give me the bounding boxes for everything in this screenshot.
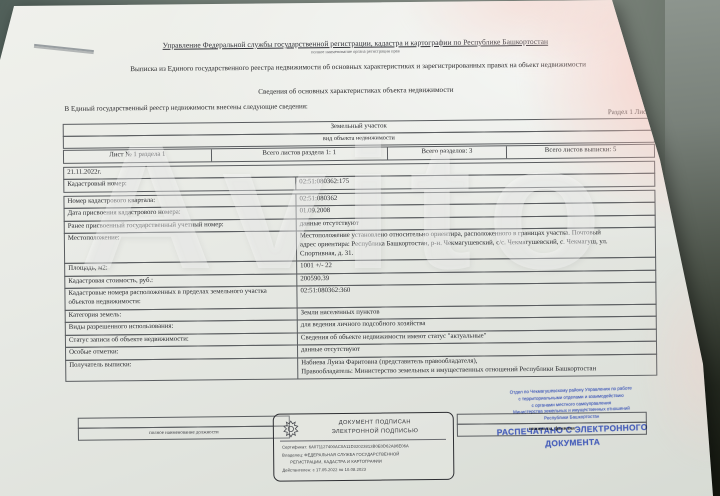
sheet-cell: Всего листов раздела 1: 1 [211, 148, 387, 161]
sheet-cell: Всего разделов: 3 [387, 146, 507, 159]
row-label: Местоположение: [65, 231, 297, 263]
sheet-cell: Лист № 1 раздела 1 [64, 150, 211, 163]
document-content: Управление Федеральной службы государств… [0, 0, 720, 496]
object-table: Земельный участок вид объекта недвижимос… [63, 118, 658, 382]
intro-line: В Единый государственный реестр недвижим… [64, 102, 307, 113]
row-label: Ранее присвоенный государственный учетны… [65, 219, 297, 233]
row-value: Местоположение установлено относительно … [297, 228, 655, 261]
extract-date: 21.11.2022г. [64, 167, 104, 179]
esign-owner-line2: РЕГИСТРАЦИИ, КАДАСТРА И КАРТОГРАФИИ [290, 458, 454, 465]
esign-stamp: ДОКУМЕНТ ПОДПИСАН ЭЛЕКТРОННОЙ ПОДПИСЬЮ С… [273, 412, 455, 482]
blue-ink-stamp: Отдел по Чекмагушевскому району Управлен… [475, 384, 669, 451]
row-label: Кадастровые номера расположенных в преде… [65, 287, 297, 310]
sheet-cell: Всего листов выписки: 5 [506, 145, 654, 158]
row-label: Дата присвоения кадастрового номера: [65, 206, 297, 220]
row-value: 02:51:080362:360 [297, 283, 655, 307]
paper-wrap: Управление Федеральной службы государств… [0, 0, 720, 496]
section-sheet-ref: Раздел 1 Лист 1 [469, 108, 655, 118]
esign-line1: ДОКУМЕНТ ПОДПИСАН [304, 419, 446, 426]
eagle-emblem-icon [281, 419, 301, 441]
row-label: Площадь, м2: [65, 262, 297, 276]
esign-certificate: Сертификат: 6A071127400AC0A11D32023813B0… [282, 443, 446, 450]
row-value: Набиева Луиза Фаритовна (представитель п… [298, 354, 656, 378]
section-title: Сведения об основных характеристиках объ… [53, 84, 658, 98]
row-label: Виды разрешенного использования: [66, 321, 298, 335]
row-label: Статус записи об объекте недвижимости: [66, 333, 298, 347]
row-label: Кадастровый номер: [64, 178, 296, 192]
document-paper: Управление Федеральной службы государств… [0, 0, 720, 496]
esign-divider [280, 439, 446, 442]
row-label: Особые отметки: [66, 346, 298, 360]
position-caption: полное наименование должности [78, 426, 290, 441]
row-label: Категория земель: [66, 308, 298, 322]
esign-owner-line1: Владелец: ФЕДЕРАЛЬНАЯ СЛУЖБА ГОСУДАРСТВЕ… [282, 451, 446, 458]
row-label: Получатель выписки: [66, 358, 298, 381]
esign-validity: Действителен: с 17.05.2022 по 10.08.2023 [282, 466, 446, 473]
row-label: Номер кадастрового квартала: [64, 194, 296, 208]
document-title: Выписка из Единого государственного реес… [68, 60, 648, 74]
row-label: Кадастровая стоимость, руб.: [65, 274, 297, 288]
esign-line2: ЭЛЕКТРОННОЙ ПОДПИСЬЮ [304, 428, 446, 435]
signature-position-cell: полное наименование должности [78, 417, 290, 441]
